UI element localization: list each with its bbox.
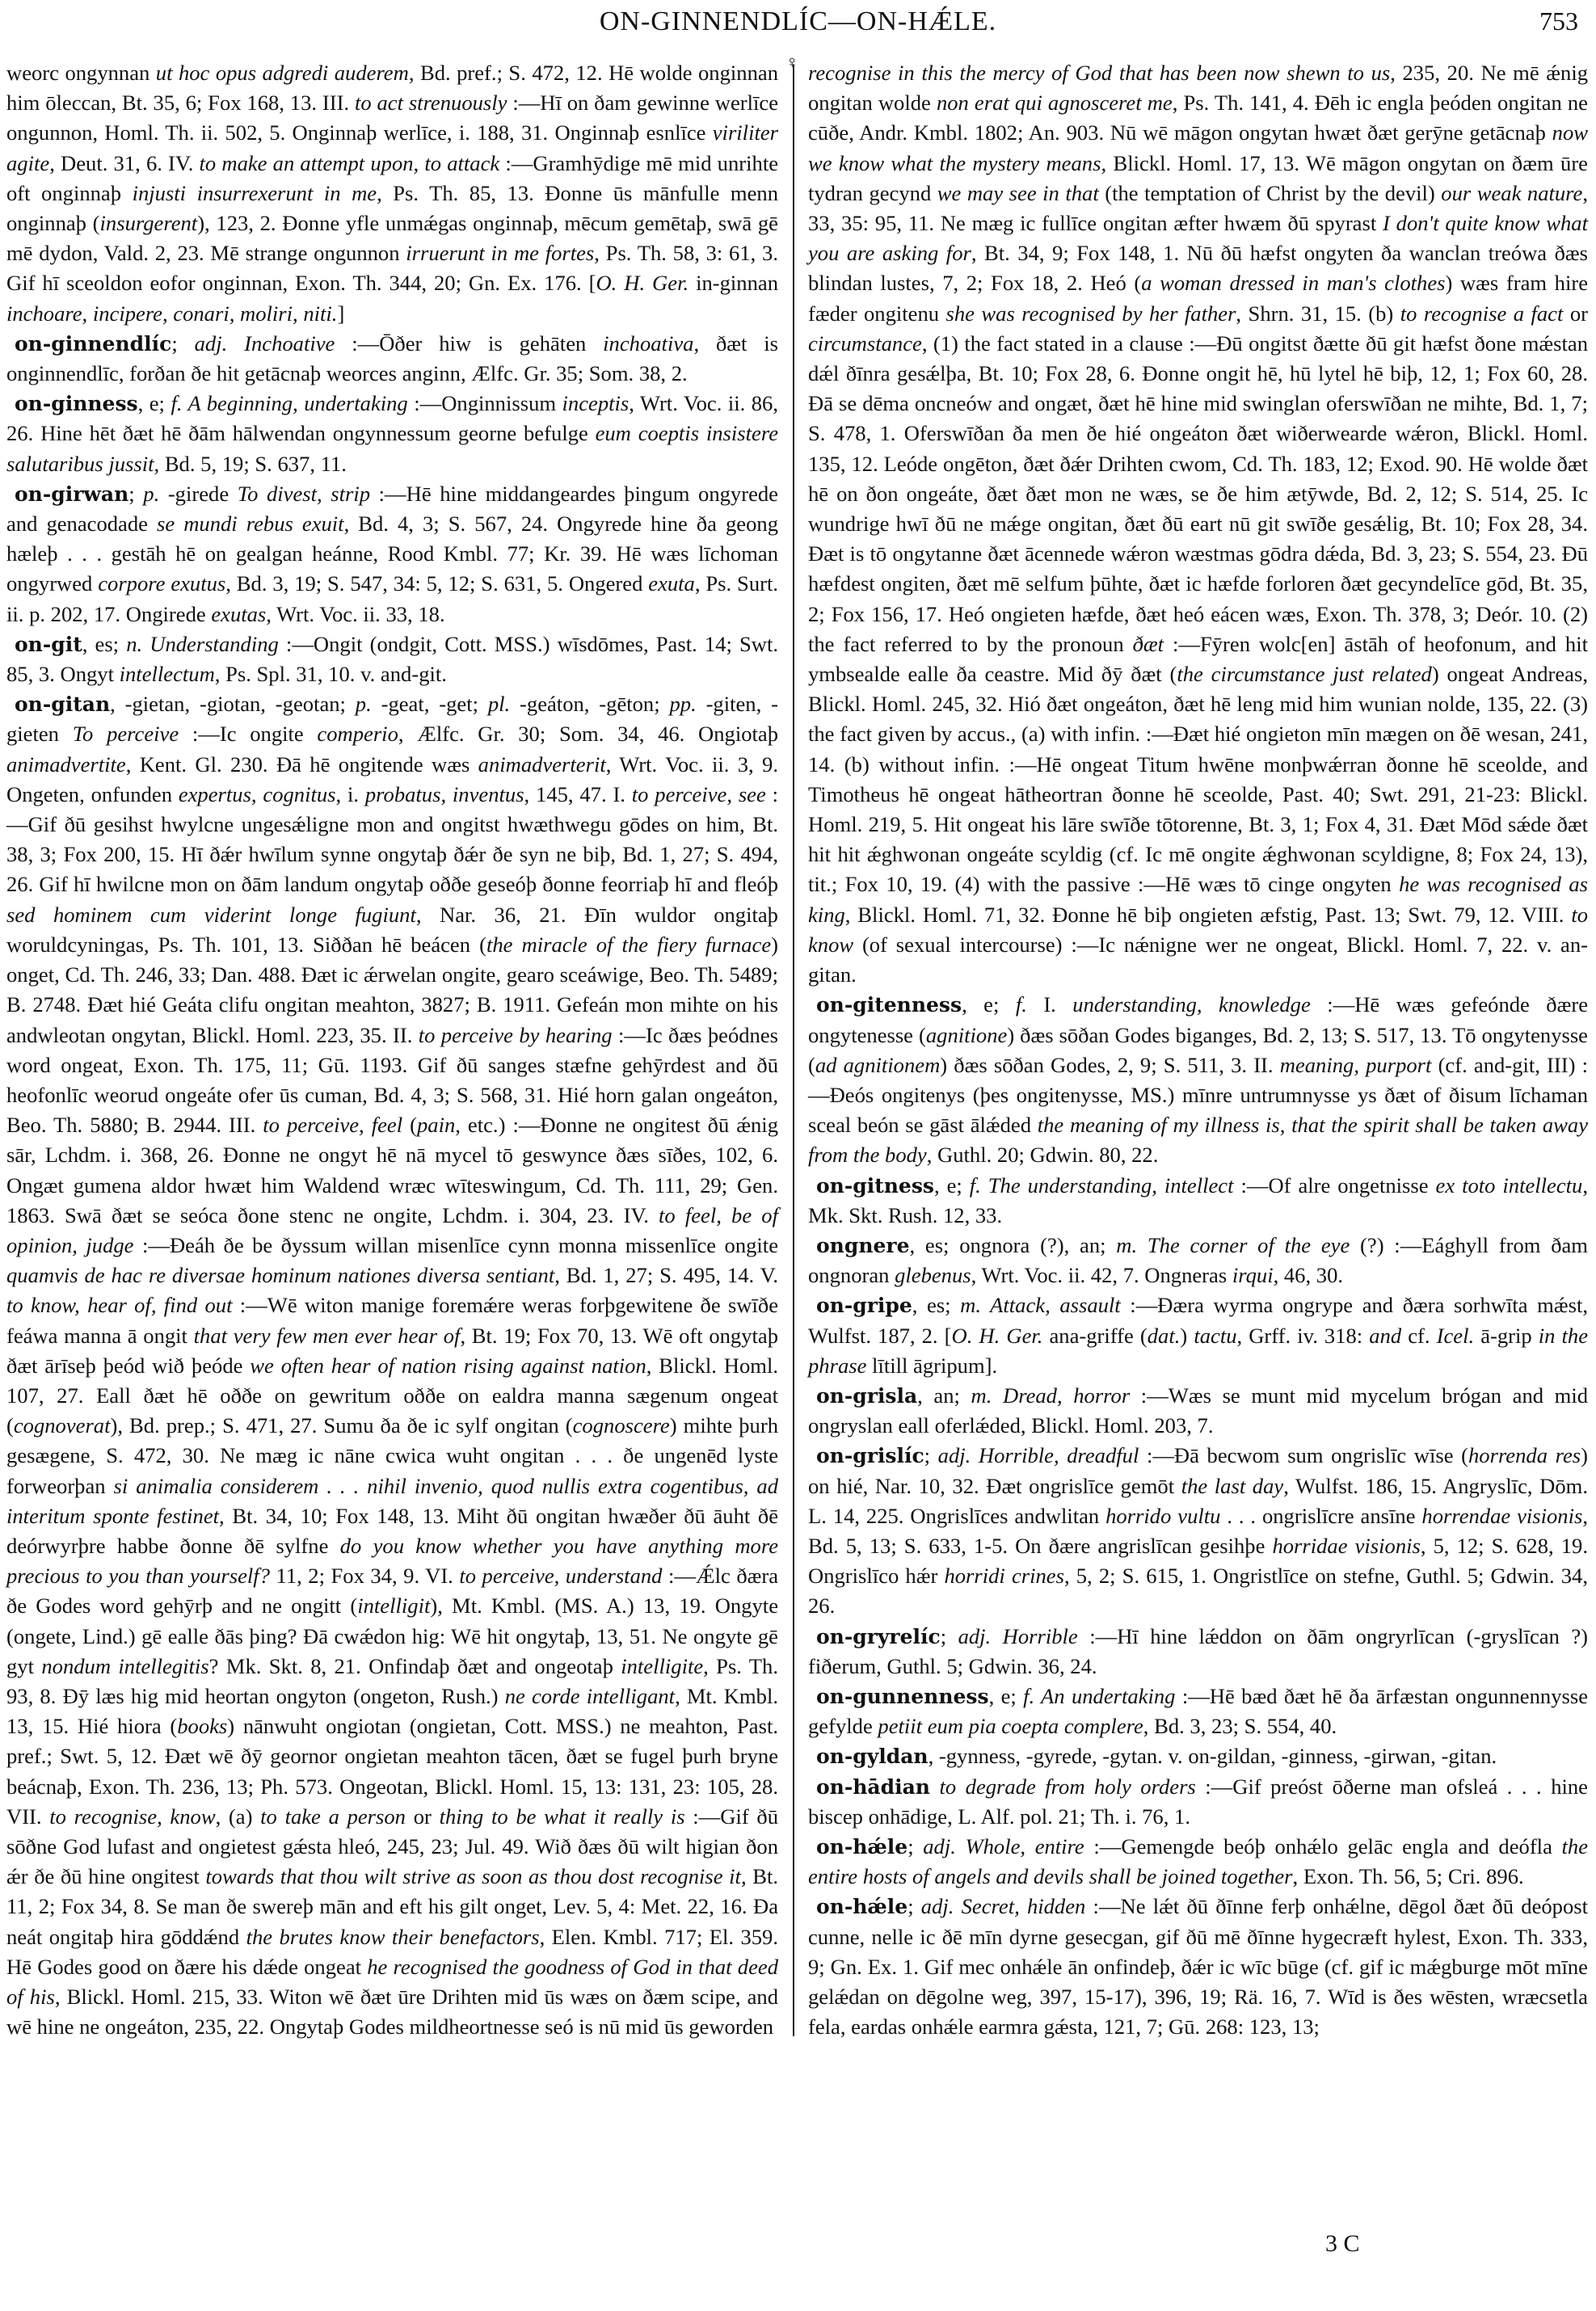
entry-text: ), Bd. prep.; S. 471, 27. Sumu ða ðe ic …: [111, 1413, 573, 1438]
dictionary-entry: on-ginnendlíc; adj. Inchoative :—Ōðer hi…: [6, 329, 778, 389]
italic-gloss: m. Dread, horror: [971, 1383, 1131, 1408]
italic-gloss: glebenus: [895, 1263, 971, 1287]
italic-gloss: to take a person: [260, 1804, 406, 1829]
italic-gloss: m. Attack, assault: [960, 1293, 1121, 1317]
entry-text: , Ælfc. Gr. 30; Som. 34, 46. Ongiotaþ: [398, 722, 778, 746]
entry-text: ;: [128, 482, 143, 506]
italic-gloss: nondum intellegitis: [41, 1654, 208, 1678]
entry-text: (of sexual intercourse) :—Ic nǽnigne wer…: [808, 932, 1588, 987]
entry-text: ): [1180, 1324, 1194, 1348]
italic-gloss: pain: [417, 1113, 455, 1137]
italic-gloss: to perceive, feel: [263, 1113, 402, 1137]
headword: on-gitan: [15, 692, 110, 716]
entry-text: , Wrt. Voc. ii. 42, 7. Ongneras: [971, 1263, 1232, 1287]
entry-text: , Wrt. Voc. ii. 33, 18.: [266, 602, 444, 626]
entry-text: :—Onginnissum: [408, 391, 562, 415]
italic-gloss: the circumstance just related: [1177, 662, 1431, 686]
headword: on-gryrelíc: [816, 1625, 941, 1648]
entry-text: weorc ongynnan: [6, 61, 156, 85]
page-header: ON-GINNENDLÍC—ON-HǼLE. 753: [0, 0, 1596, 48]
entry-text: , i.: [336, 782, 365, 806]
entry-text: , (1) the fact stated in a clause :—Ðū o…: [808, 331, 1588, 656]
headword: on-gitenness: [816, 993, 962, 1017]
italic-gloss: p.: [356, 692, 372, 716]
italic-gloss: agnitione: [926, 1023, 1007, 1047]
italic-gloss: cognoscere: [573, 1413, 670, 1438]
italic-gloss: ut hoc opus adgredi auderem: [156, 61, 409, 85]
entry-text: (the temptation of Christ by the devil): [1099, 181, 1442, 205]
italic-gloss: f. The understanding, intellect: [970, 1173, 1234, 1198]
italic-gloss: to perceive, understand: [459, 1564, 662, 1588]
italic-gloss: n. Understanding: [126, 632, 279, 656]
entry-text: or: [406, 1804, 440, 1829]
entry-text: , es;: [82, 632, 126, 656]
italic-gloss: a woman dressed in man's clothes: [1141, 271, 1445, 295]
italic-gloss: adj. Horrible: [958, 1624, 1078, 1648]
entry-text: , Ps. Spl. 31, 10. v. and-git.: [215, 662, 447, 686]
italic-gloss: to perceive by hearing: [419, 1023, 613, 1047]
entry-text: ;: [171, 331, 194, 356]
entry-text: :—Ic ongite: [179, 722, 317, 746]
dictionary-entry: on-grisla, an; m. Dread, horror :—Wæs se…: [808, 1381, 1588, 1441]
entry-text: , Kent. Gl. 230. Ðā hē ongitende wæs: [126, 752, 478, 777]
italic-gloss: adj. Secret, hidden: [921, 1894, 1086, 1918]
dictionary-entry: on-grislíc; adj. Horrible, dreadful :—Ðā…: [808, 1441, 1588, 1621]
italic-gloss: sed hominem cum viderint longe fugiunt: [6, 903, 416, 927]
entry-text: , an;: [917, 1383, 971, 1408]
italic-gloss: To perceive: [73, 722, 179, 746]
dictionary-entry: on-gitenness, e; f. I. understanding, kn…: [808, 990, 1588, 1170]
italic-gloss: intelligite: [621, 1654, 703, 1678]
italic-gloss: comperio: [317, 722, 398, 746]
entry-text: ā-grip: [1474, 1324, 1539, 1348]
italic-gloss: ðæt: [1133, 632, 1164, 656]
italic-gloss: the brutes know their benefactors: [246, 1925, 540, 1949]
italic-gloss: towards that thou wilt strive as soon as…: [205, 1864, 741, 1888]
italic-gloss: m. The corner of the eye: [1116, 1233, 1350, 1257]
dictionary-entry: on-hǽle; adj. Whole, entire :—Gemengde b…: [808, 1832, 1588, 1892]
italic-gloss: horridi crines: [944, 1564, 1064, 1588]
italic-gloss: we often hear of nation rising against n…: [250, 1353, 646, 1378]
italic-gloss: adj. Inchoative: [195, 331, 335, 356]
dictionary-entry: on-girwan; p. -girede To divest, strip :…: [6, 479, 778, 629]
entry-continuation: recognise in this the mercy of God that …: [808, 58, 1588, 990]
entry-text: , Bd. 3, 23; S. 554, 40.: [1143, 1714, 1337, 1738]
entry-text: :—Ōðer hiw is gehāten: [335, 331, 603, 356]
entry-text: ]: [337, 301, 344, 326]
italic-gloss: meaning, purport: [1280, 1053, 1432, 1077]
entry-text: , -gynness, -gyrede, -gytan. v. on-gilda…: [929, 1744, 1497, 1768]
italic-gloss: cognoverat: [14, 1413, 111, 1438]
italic-gloss: f.: [1016, 992, 1027, 1017]
italic-gloss: to make an attempt upon, to attack: [200, 151, 500, 175]
italic-gloss: adj. Horrible, dreadful: [938, 1443, 1139, 1467]
entry-text: -geáton, -gēton;: [510, 692, 669, 716]
italic-gloss: the last day: [1181, 1474, 1284, 1498]
entry-text: 11, 2; Fox 34, 9. VI.: [270, 1564, 459, 1588]
italic-gloss: ex toto intellectu: [1436, 1173, 1583, 1198]
entry-text: cf.: [1401, 1324, 1436, 1348]
italic-gloss: petiit eum pia coepta complere: [878, 1714, 1143, 1738]
italic-gloss: inceptis: [562, 391, 630, 415]
headword: on-hǽle: [816, 1895, 907, 1918]
italic-gloss: ad agnitionem: [815, 1053, 940, 1077]
italic-gloss: to know, hear of, find out: [6, 1293, 232, 1317]
italic-gloss: horrido vultu: [1105, 1504, 1220, 1528]
italic-gloss: tactu: [1194, 1324, 1236, 1348]
dictionary-entry: on-gyldan, -gynness, -gyrede, -gytan. v.…: [808, 1741, 1588, 1771]
italic-gloss: insurgerent: [100, 211, 198, 235]
italic-gloss: f. A beginning, undertaking: [171, 391, 407, 415]
dictionary-entry: on-gripe, es; m. Attack, assault :—Ðæra …: [808, 1290, 1588, 1381]
entry-text: , Grff. iv. 318:: [1237, 1324, 1370, 1348]
entry-text: , Bd. 3, 19; S. 547, 34: 5, 12; S. 631, …: [225, 571, 648, 596]
headword: on-ginness: [15, 392, 138, 415]
italic-gloss: to degrade from holy orders: [939, 1774, 1195, 1799]
italic-gloss: pl.: [488, 692, 510, 716]
entry-text: or: [1563, 301, 1588, 326]
entry-text: [930, 1774, 940, 1799]
dictionary-entry: on-ginness, e; f. A beginning, undertaki…: [6, 389, 778, 479]
entry-text: , 145, 47. I.: [524, 782, 632, 806]
italic-gloss: To divest, strip: [238, 482, 370, 506]
italic-gloss: Icel.: [1437, 1324, 1475, 1348]
entry-text: , e;: [138, 391, 171, 415]
entry-text: , Bd. 5, 19; S. 637, 11.: [154, 452, 347, 476]
headword: ongnere: [816, 1234, 910, 1257]
dictionary-entry: on-gryrelíc; adj. Horrible :—Hī hine lǽd…: [808, 1622, 1588, 1682]
italic-gloss: irqui: [1232, 1263, 1274, 1287]
entry-text: -girede: [159, 482, 238, 506]
italic-gloss: O. H. Ger.: [596, 271, 689, 295]
italic-gloss: and: [1369, 1324, 1401, 1348]
italic-gloss: to recognise a fact: [1400, 301, 1564, 326]
entry-text: , es;: [912, 1293, 960, 1317]
entry-text: , Guthl. 20; Gdwin. 80, 22.: [927, 1143, 1159, 1167]
dictionary-entry: on-git, es; n. Understanding :—Ongit (on…: [6, 629, 778, 689]
headword: on-git: [15, 633, 82, 656]
dictionary-entry: on-gitness, e; f. The understanding, int…: [808, 1171, 1588, 1231]
italic-gloss: horrenda res: [1468, 1443, 1581, 1467]
entry-text: I.: [1027, 992, 1072, 1017]
italic-gloss: animadvertite: [6, 752, 126, 777]
italic-gloss: p.: [143, 482, 159, 506]
entry-text: :—Ðā becwom sum ongrislīc wīse (: [1139, 1443, 1468, 1467]
italic-gloss: se mundi rebus exuit: [157, 511, 344, 536]
entry-text: ) ðæs sōðan Godes, 2, 9; S. 511, 3. II.: [940, 1053, 1279, 1077]
italic-gloss: exuta: [648, 571, 695, 596]
printer-signature-mark: 3 C: [1325, 2230, 1360, 2258]
entry-text: :—Gemengde beóþ onhǽlo gelāc engla and d…: [1084, 1834, 1562, 1858]
italic-gloss: exutas: [211, 602, 266, 626]
italic-gloss: horridae visionis: [1272, 1534, 1420, 1558]
dictionary-entry: ongnere, es; ongnora (?), an; m. The cor…: [808, 1231, 1588, 1290]
dictionary-entry: on-gunnenness, e; f. An undertaking :—Hē…: [808, 1682, 1588, 1741]
entry-text: :—Ðeáh ðe be ðyssum willan misenlīce cyn…: [133, 1233, 778, 1257]
page-number: 753: [1539, 6, 1578, 36]
entry-text: ) ongeat Andreas, Blickl. Homl. 245, 32.…: [808, 662, 1588, 896]
italic-gloss: O. H. Ger.: [952, 1324, 1043, 1348]
italic-gloss: corpore exutus: [98, 571, 225, 596]
entry-text: :—Of alre ongetnisse: [1234, 1173, 1436, 1198]
headword: on-grisla: [816, 1384, 917, 1408]
entry-text: , 46, 30.: [1274, 1263, 1343, 1287]
italic-gloss: recognise in this the mercy of God that …: [808, 61, 1390, 85]
entry-text: in-ginnan: [689, 271, 778, 295]
running-head-title: ON-GINNENDLÍC—ON-HǼLE.: [0, 6, 1596, 37]
right-column: recognise in this the mercy of God that …: [808, 58, 1588, 2042]
italic-gloss: we may see in that: [937, 181, 1099, 205]
entry-text: ana-griffe (: [1042, 1324, 1147, 1348]
entry-text: (: [402, 1113, 417, 1137]
dictionary-entry: on-gitan, -gietan, -giotan, -geotan; p. …: [6, 689, 778, 2042]
italic-gloss: irruerunt in me fortes: [406, 241, 594, 265]
entry-text: ? Mk. Skt. 8, 21. Onfindaþ ðæt and ongeo…: [209, 1654, 621, 1678]
italic-gloss: pp.: [669, 692, 696, 716]
italic-gloss: dat.: [1148, 1324, 1181, 1348]
dictionary-entry: on-hādian to degrade from holy orders :—…: [808, 1772, 1588, 1832]
italic-gloss: that very few men ever hear of: [194, 1324, 461, 1348]
dictionary-entry: on-hǽle; adj. Secret, hidden :—Ne lǽt ðū…: [808, 1892, 1588, 2042]
entry-text: , (a): [216, 1804, 261, 1829]
headword: on-ginnendlíc: [15, 332, 171, 356]
entry-text: , Exon. Th. 56, 5; Cri. 896.: [1293, 1864, 1524, 1888]
headword: on-gyldan: [816, 1745, 929, 1768]
italic-gloss: inchoare, incipere, conari, moliri, niti…: [6, 301, 337, 326]
italic-gloss: intellectum: [120, 662, 215, 686]
italic-gloss: non erat qui agnosceret me: [937, 91, 1173, 115]
entry-text: ;: [907, 1834, 923, 1858]
italic-gloss: animadverterit: [478, 752, 606, 777]
entry-text: ;: [924, 1443, 938, 1467]
italic-gloss: circumstance: [808, 331, 922, 356]
italic-gloss: quamvis de hac re diversae hominum natio…: [6, 1263, 554, 1287]
headword: on-hǽle: [816, 1835, 907, 1858]
italic-gloss: to act strenuously: [355, 91, 507, 115]
entry-text: , Bd. 1, 27; S. 495, 14. V.: [554, 1263, 778, 1287]
italic-gloss: horrendae visionis: [1421, 1504, 1582, 1528]
italic-gloss: inchoativa: [603, 331, 693, 356]
italic-gloss: our weak nature: [1441, 181, 1582, 205]
italic-gloss: books: [177, 1714, 227, 1738]
italic-gloss: ne corde intelligant: [505, 1684, 675, 1708]
entry-text: , Deut. 31, 6. IV.: [49, 151, 199, 175]
italic-gloss: intelligit: [357, 1593, 430, 1618]
headword: on-hādian: [816, 1775, 930, 1799]
headword: on-gunnenness: [816, 1685, 989, 1708]
column-divider: [793, 65, 794, 2036]
italic-gloss: understanding, knowledge: [1072, 992, 1310, 1017]
italic-gloss: expertus, cognitus: [179, 782, 336, 806]
entry-text: ;: [907, 1894, 921, 1918]
italic-gloss: adj. Whole, entire: [923, 1834, 1084, 1858]
italic-gloss: she was recognised by her father: [946, 301, 1236, 326]
italic-gloss: to perceive, see: [632, 782, 766, 806]
headword: on-girwan: [15, 482, 128, 506]
entry-text: , Blickl. Homl. 71, 32. Ðonne hē biþ ong…: [845, 903, 1572, 927]
italic-gloss: f. An undertaking: [1023, 1684, 1175, 1708]
entry-text: ;: [941, 1624, 958, 1648]
entry-text: , -gietan, -giotan, -geotan;: [110, 692, 356, 716]
italic-gloss: to recognise, know: [49, 1804, 215, 1829]
entry-text: , Blickl. Homl. 215, 33. Witon wē ðæt ūr…: [6, 1985, 778, 2039]
entry-text: . . . ongrislīcre ansīne: [1220, 1504, 1421, 1528]
headword: on-grislíc: [816, 1444, 924, 1467]
italic-gloss: injusti insurrexerunt in me: [133, 181, 377, 205]
entry-text: , e;: [989, 1684, 1024, 1708]
headword: on-gitness: [816, 1174, 934, 1198]
entry-text: , es; ongnora (?), an;: [910, 1233, 1117, 1257]
entry-text: -geat, -get;: [372, 692, 488, 716]
headword: on-gripe: [816, 1294, 912, 1317]
entry-text: , e;: [934, 1173, 970, 1198]
italic-gloss: probatus, inventus: [365, 782, 524, 806]
entry-text: , Shrn. 31, 15. (b): [1236, 301, 1400, 326]
entry-text: lītill āgripum].: [866, 1353, 997, 1378]
left-column: weorc ongynnan ut hoc opus adgredi auder…: [6, 58, 778, 2042]
entry-text: , e;: [962, 992, 1016, 1017]
italic-gloss: the miracle of the fiery furnace: [486, 932, 771, 957]
italic-gloss: thing to be what it really is: [440, 1804, 685, 1829]
entry-continuation: weorc ongynnan ut hoc opus adgredi auder…: [6, 58, 778, 329]
